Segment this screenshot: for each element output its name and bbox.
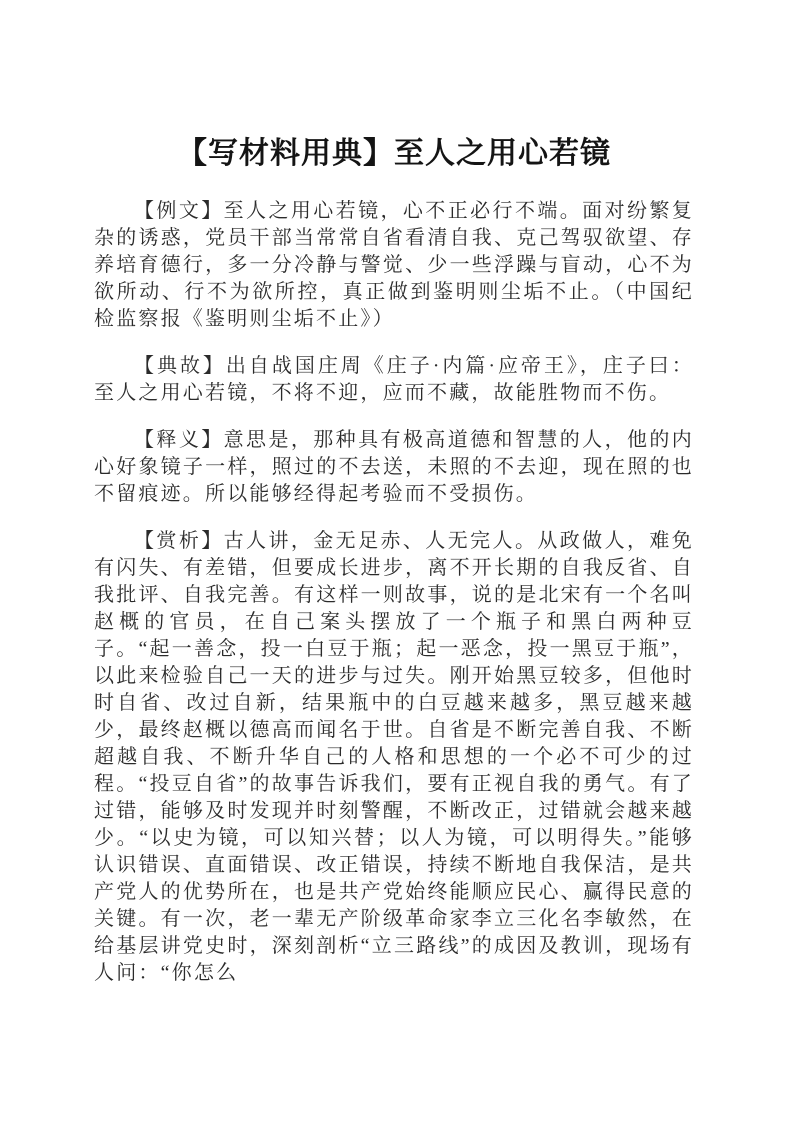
document-page: 【写材料用典】至人之用心若镜 【例文】至人之用心若镜，心不正必行不端。面对纷繁复…	[0, 0, 793, 1121]
paragraph-appreciation-label: 【赏析】	[134, 530, 224, 552]
document-title: 【写材料用典】至人之用心若镜	[94, 136, 694, 172]
paragraph-example: 【例文】至人之用心若镜，心不正必行不端。面对纷繁复杂的诱惑，党员干部当常常自省看…	[94, 198, 694, 333]
paragraph-interpretation: 【释义】意思是，那种具有极高道德和智慧的人，他的内心好象镜子一样，照过的不去送，…	[94, 427, 694, 508]
paragraph-interpretation-label: 【释义】	[134, 429, 224, 451]
paragraph-appreciation-text: 古人讲，金无足赤、人无完人。从政做人，难免有闪失、有差错，但要成长进步，离不开长…	[94, 530, 694, 984]
paragraph-example-label: 【例文】	[134, 200, 224, 222]
paragraph-appreciation: 【赏析】古人讲，金无足赤、人无完人。从政做人，难免有闪失、有差错，但要成长进步，…	[94, 528, 694, 987]
paragraph-allusion-label: 【典故】	[134, 355, 226, 377]
paragraph-allusion: 【典故】出自战国庄周《庄子·内篇·应帝王》，庄子曰：至人之用心若镜，不将不迎，应…	[94, 353, 694, 407]
